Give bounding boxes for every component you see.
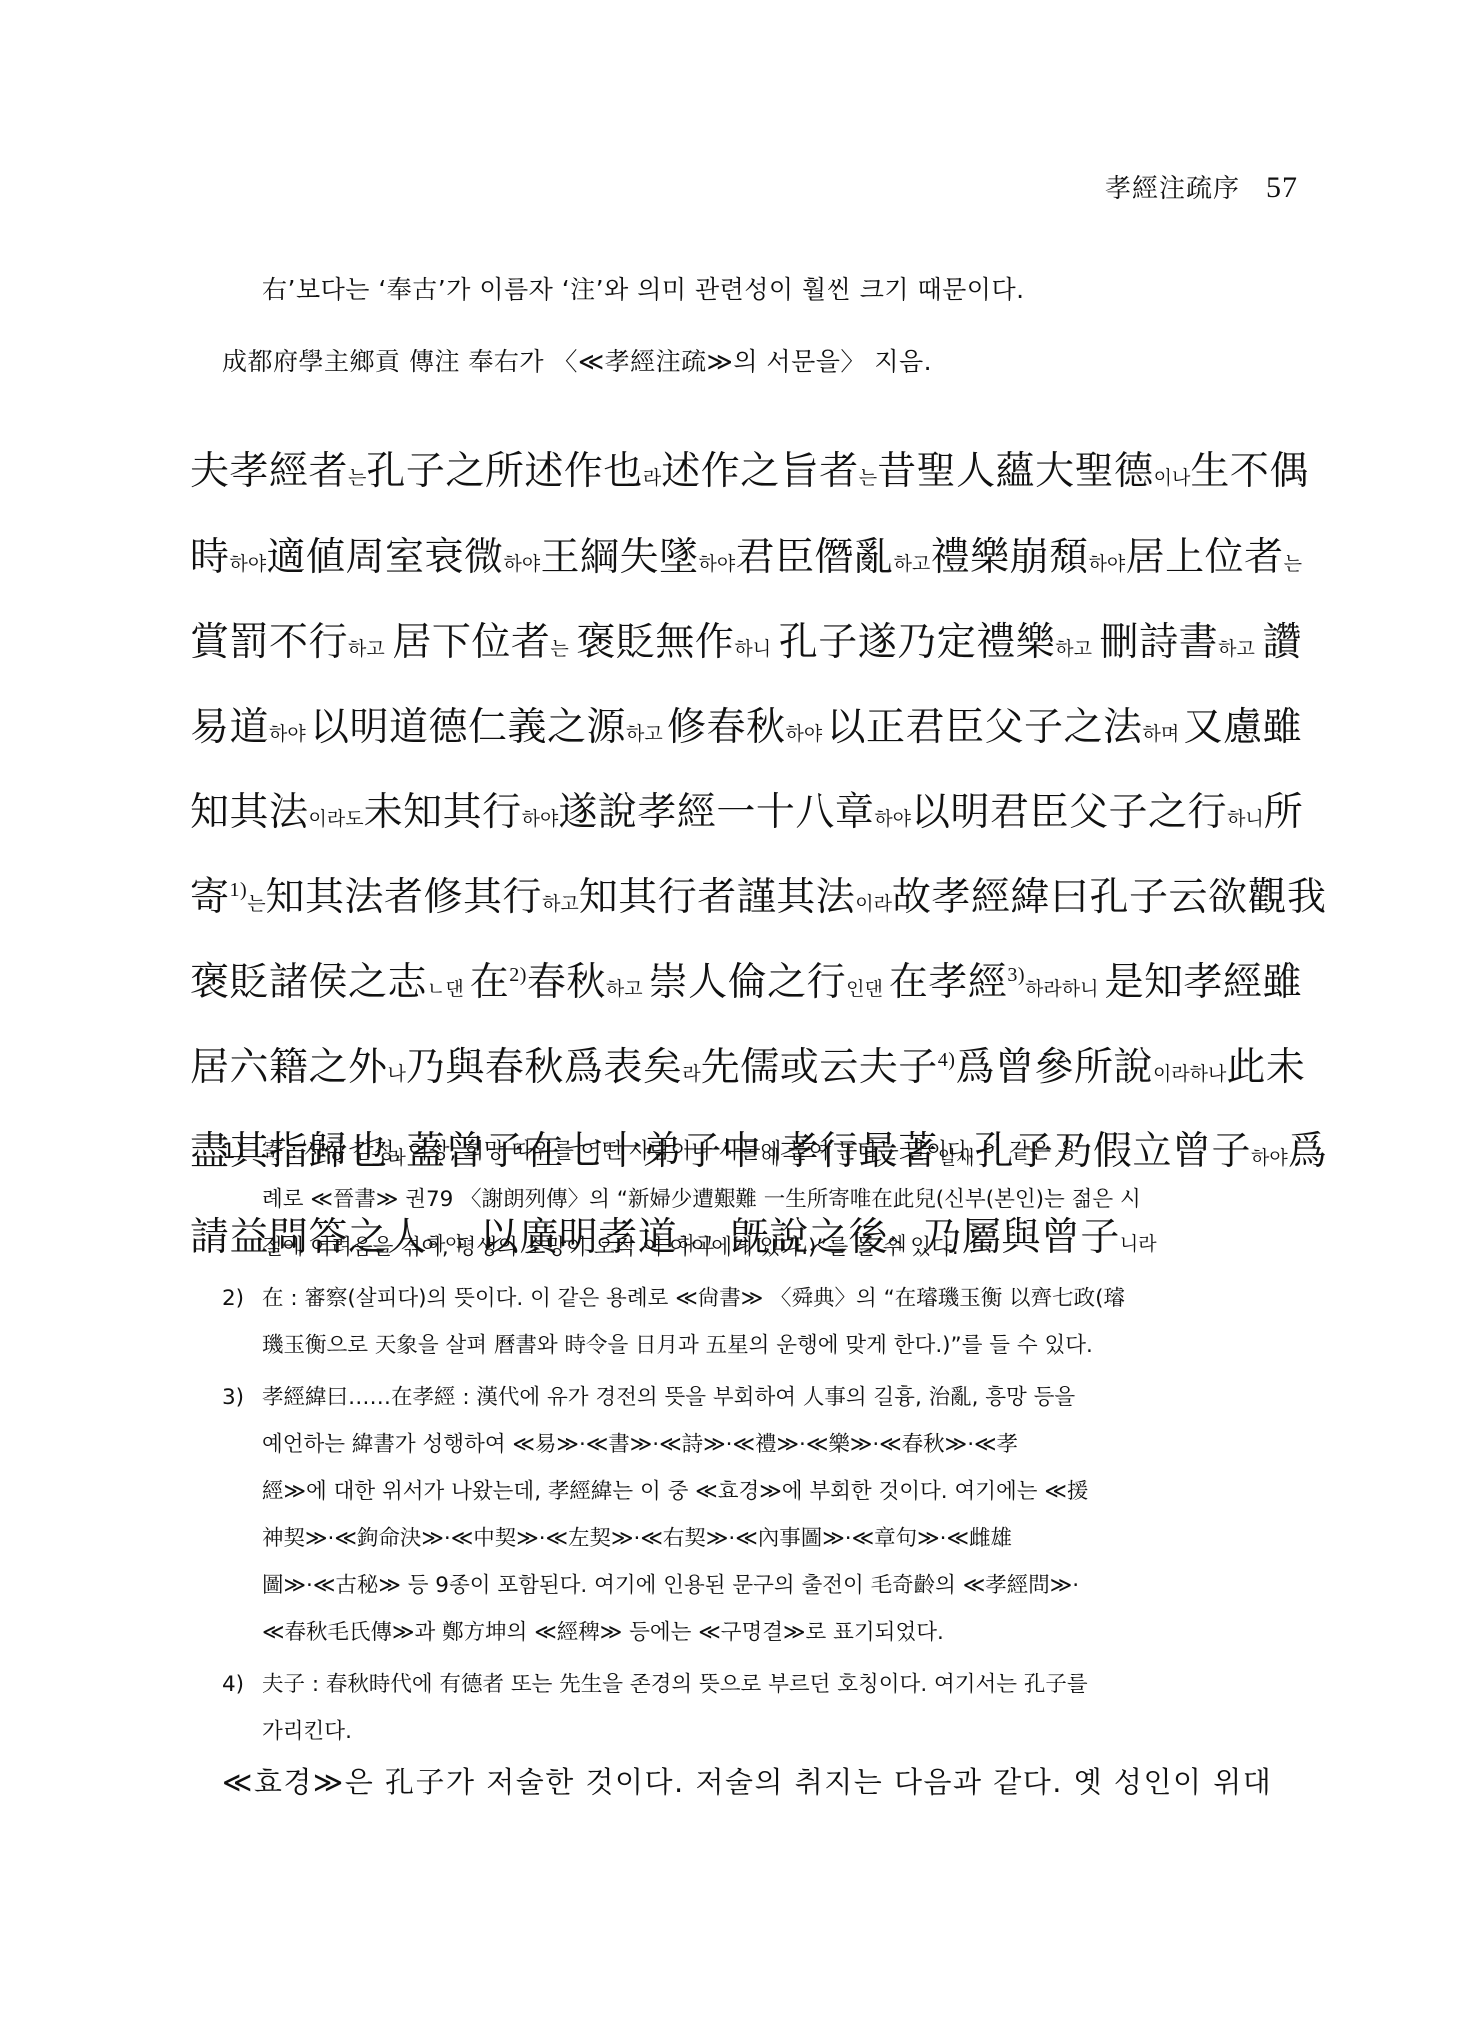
footnote-line: 1)寄 : 사상 감정, 이상, 희망 따위를 어떤 사람이나 사물에 붙여 둔… [222,1132,1078,1172]
hanja-text: 所 [1264,790,1304,835]
korean-particle: 나 [388,1063,406,1085]
korean-particle: 라 [643,467,661,489]
footnote-text: 례로 ≪晉書≫ 권79 〈謝朗列傳〉의 “新婦少遭艱難 一生所寄唯在此兒(신부(… [262,1187,1141,1212]
footnote-line: 圖≫·≪古秘≫ 등 9종이 포함된다. 여기에 인용된 문구의 출전이 毛奇齡의… [262,1566,1079,1606]
footnote-number: 2) [222,1279,262,1319]
korean-particle: 하고 [606,978,643,1000]
hanja-text: 昔聖人蘊大聖德 [877,449,1154,494]
footnote-text: 圖≫·≪古秘≫ 등 9종이 포함된다. 여기에 인용된 문구의 출전이 毛奇齡의… [262,1573,1079,1598]
korean-particle: 하고 [894,553,931,575]
hanja-text: 爲曾參所說 [955,1045,1153,1090]
hanja-text: 修春秋 [667,705,786,750]
korean-particle: 하야 [1251,1147,1288,1169]
hanja-text: 居六籍之外 [190,1045,388,1090]
hanja-text: 先儒或云 [701,1045,859,1090]
footnote-text: ≪春秋毛氏傳≫과 鄭方坤의 ≪經稗≫ 등에는 ≪구명결≫로 표기되었다. [262,1620,944,1645]
hanmun-line: 寄1)는知其法者修其行하고知其行者謹其法이라故孝經緯曰孔子云欲觀我 [190,868,1302,928]
footnote-line: 예언하는 緯書가 성행하여 ≪易≫·≪書≫·≪詩≫·≪禮≫·≪樂≫·≪春秋≫·≪… [262,1425,1018,1465]
hanja-text: 以正君臣父子之法 [826,705,1142,750]
hanmun-phrase: 夫孝經者는 [190,442,366,502]
korean-particle: 하야 [1089,553,1126,575]
hanmun-phrase: 讚 [1262,613,1302,673]
hanja-text: 禮樂崩頹 [931,535,1089,580]
hanmun-phrase: 易道하야 [190,698,306,758]
hanmun-phrase: 先儒或云 [701,1038,859,1098]
korean-particle: 하고 [1055,638,1092,660]
footnote-line: 4)夫子 : 春秋時代에 有德者 또는 先生을 존경의 뜻으로 부르던 호칭이다… [222,1665,1088,1705]
hanja-text: 故孝經緯曰 [892,875,1090,920]
korean-particle: 는 [550,638,568,660]
hanmun-phrase: 時하야 [190,528,266,588]
korean-particle: 는 [1284,553,1302,575]
translation-start-paragraph: ≪효경≫은 孔子가 저술한 것이다. 저술의 취지는 다음과 같다. 옛 성인이… [222,1760,1272,1801]
hanja-text: 在 [470,960,510,1005]
hanmun-phrase: 適値周室衰微하야 [267,528,541,588]
korean-particle: 이라 [855,893,892,915]
hanmun-phrase: 是知孝經雖 [1104,953,1302,1013]
footnote-text: 寄 : 사상 감정, 이상, 희망 따위를 어떤 사람이나 사물에 붙여 둔다는… [262,1139,1078,1164]
hanmun-line: 時하야適値周室衰微하야王綱失墜하야君臣僭亂하고禮樂崩頹하야居上位者는 [190,528,1302,588]
korean-particle: 하야 [874,808,911,830]
hanmun-phrase: 刪詩書하고 [1100,613,1255,673]
korean-particle: 하야 [785,723,822,745]
hanmun-phrase: 欲觀我 [1208,868,1327,928]
hanmun-phrase: 夫子4)爲曾參所說이라하나 [859,1038,1227,1098]
korean-particle: 니라 [1120,1233,1157,1255]
korean-particle: 하야 [230,553,267,575]
running-head: 孝經注疏序57 [1105,168,1298,205]
hanja-text: 孔子之所述作也 [366,449,643,494]
footnote-text: 孝經緯曰……在孝經 : 漢代에 유가 경전의 뜻을 부회하여 人事의 길흉, 治… [262,1385,1075,1410]
hanmun-phrase: 乃與春秋爲表矣라 [406,1038,701,1098]
korean-particle: 하고 [542,893,579,915]
hanmun-phrase: 君臣僭亂하고 [736,528,931,588]
hanmun-phrase: 生不偶 [1190,442,1309,502]
footnote-line: 3)孝經緯曰……在孝經 : 漢代에 유가 경전의 뜻을 부회하여 人事의 길흉,… [222,1378,1075,1418]
hanja-text: 春秋 [527,960,606,1005]
korean-particle: 하고 [1218,638,1255,660]
korean-particle: 이라하나 [1153,1063,1226,1085]
hanmun-line: 易道하야以明道德仁義之源하고修春秋하야以正君臣父子之法하며又慮雖 [190,698,1302,758]
hanmun-phrase: 昔聖人蘊大聖德이나 [877,442,1190,502]
hanmun-phrase: 知其法者修其行하고 [266,868,579,928]
footnote-text: 經≫에 대한 위서가 나왔는데, 孝經緯는 이 중 ≪효경≫에 부회한 것이다.… [262,1479,1088,1504]
hanja-text: 時 [190,535,230,580]
hanja-text: 以明道德仁義之源 [310,705,626,750]
korean-particle: 하야 [699,553,736,575]
korean-particle: 하야 [522,808,559,830]
hanja-text: 刪詩書 [1100,620,1219,665]
korean-particle: 하야 [504,553,541,575]
hanja-text: 易道 [190,705,269,750]
footnote-number: 4) [222,1665,262,1705]
footnote-text: 예언하는 緯書가 성행하여 ≪易≫·≪書≫·≪詩≫·≪禮≫·≪樂≫·≪春秋≫·≪… [262,1432,1018,1457]
hanja-text: 寄 [190,875,230,920]
korean-particle: 는 [247,893,265,915]
footnote-marker[interactable]: 2) [509,964,527,986]
hanmun-phrase: 在2)春秋하고 [470,953,643,1013]
footnote-number: 3) [222,1378,262,1418]
hanja-text: 乃與春秋爲表矣 [406,1045,683,1090]
hanja-text: 在孝經 [889,960,1008,1005]
korean-particle: 는 [348,467,366,489]
hanmun-line: 居六籍之外나乃與春秋爲表矣라先儒或云夫子4)爲曾參所說이라하나此未 [190,1038,1302,1098]
hanmun-phrase: 禮樂崩頹하야 [931,528,1126,588]
footnote-line: 2)在 : 審察(살피다)의 뜻이다. 이 같은 용례로 ≪尙書≫ 〈舜典〉의 … [222,1279,1125,1319]
footnote-line: 璣玉衡으로 天象을 살펴 曆書와 時令을 日月과 五星의 운행에 맞게 한다.)… [262,1326,1093,1366]
hanja-text: 孔子云 [1090,875,1209,920]
korean-particle: 인댄 [846,978,883,1000]
page-number: 57 [1266,171,1298,204]
korean-particle: 하며 [1142,723,1179,745]
footnote-line: 가리킨다. [262,1712,352,1752]
korean-particle: ㄴ댄 [427,978,464,1000]
hanmun-phrase: 孔子云 [1090,868,1209,928]
hanmun-line: 賞罰不行하고居下位者는褒貶無作하니孔子遂乃定禮樂하고刪詩書하고讚 [190,613,1302,673]
footnote-marker[interactable]: 3) [1007,964,1025,986]
hanmun-line: 知其法이라도未知其行하야遂說孝經一十八章하야以明君臣父子之行하니所 [190,783,1302,843]
hanmun-phrase: 所 [1264,783,1304,843]
footnote-line: 神契≫·≪鉤命決≫·≪中契≫·≪左契≫·≪右契≫·≪內事圖≫·≪章句≫·≪雌雄 [262,1519,1012,1559]
hanja-text: 孔子遂乃定禮樂 [779,620,1056,665]
korean-particle: 하니 [1227,808,1264,830]
hanmun-phrase: 王綱失墜하야 [541,528,736,588]
korean-particle: 라 [682,1063,700,1085]
footnote-marker[interactable]: 1) [230,879,248,901]
hanja-text: 此未 [1226,1045,1305,1090]
korean-particle: 이나 [1154,467,1191,489]
korean-particle: 하라하니 [1025,978,1098,1000]
hanja-text: 君臣僭亂 [736,535,894,580]
hanmun-phrase: 遂說孝經一十八章하야 [558,783,911,843]
hanja-text: 知其法者修其行 [266,875,543,920]
hanmun-phrase: 述作之旨者는 [661,442,877,502]
hanja-text: 夫孝經者 [190,449,348,494]
hanmun-phrase: 以明道德仁義之源하고 [310,698,663,758]
footnote-line: ≪春秋毛氏傳≫과 鄭方坤의 ≪經稗≫ 등에는 ≪구명결≫로 표기되었다. [262,1613,944,1653]
hanja-text: 王綱失墜 [541,535,699,580]
hanmun-phrase: 爲 [1288,1122,1328,1182]
hanmun-phrase: 在孝經3)하라하니 [889,953,1099,1013]
hanja-text: 知其行者謹其法 [579,875,856,920]
hanmun-line: 夫孝經者는孔子之所述作也라述作之旨者는昔聖人蘊大聖德이나生不偶 [190,442,1302,502]
hanmun-phrase: 寄1)는 [190,868,266,928]
hanmun-phrase: 未知其行하야 [364,783,559,843]
hanja-text: 是知孝經雖 [1104,960,1302,1005]
hanmun-phrase: 居上位者는 [1126,528,1302,588]
hanja-text: 褒貶無作 [576,620,734,665]
hanja-text: 居上位者 [1126,535,1284,580]
hanmun-phrase: 居下位者는 [392,613,568,673]
footnote-marker[interactable]: 4) [938,1049,956,1071]
intro-line-1: 右’보다는 ‘奉古’가 이름자 ‘注’와 의미 관련성이 훨씬 크기 때문이다. [262,270,1025,306]
hanja-text: 生不偶 [1190,449,1309,494]
footnote-text: 절에 어려움을 겪어, 평생의 소망이 오직 이 아이에게 있다.)”를 들 수… [262,1235,959,1260]
hanja-text: 知其法 [190,790,309,835]
footnote-line: 經≫에 대한 위서가 나왔는데, 孝經緯는 이 중 ≪효경≫에 부회한 것이다.… [262,1472,1088,1512]
hanmun-phrase: 孔子之所述作也라 [366,442,661,502]
hanja-text: 未知其行 [364,790,522,835]
hanja-text: 褒貶諸侯之志 [190,960,427,1005]
hanmun-phrase: 又慮雖 [1183,698,1302,758]
korean-particle: 하니 [734,638,771,660]
hanja-text: 夫子 [859,1045,938,1090]
hanmun-phrase: 以正君臣父子之法하며 [826,698,1179,758]
hanja-text: 適値周室衰微 [267,535,504,580]
korean-particle: 이라도 [309,808,364,830]
hanja-text: 以明君臣父子之行 [911,790,1227,835]
korean-particle: 하고 [348,638,385,660]
hanmun-phrase: 知其法이라도 [190,783,364,843]
footnote-number: 1) [222,1132,262,1172]
hanja-text: 爲 [1288,1129,1328,1174]
korean-particle: 하야 [269,723,306,745]
hanmun-phrase: 崇人倫之行인댄 [649,953,883,1013]
hanja-text: 又慮雖 [1183,705,1302,750]
korean-particle: 하고 [626,723,663,745]
hanmun-line: 褒貶諸侯之志ㄴ댄在2)春秋하고崇人倫之行인댄在孝經3)하라하니是知孝經雖 [190,953,1302,1013]
intro-line-2: 成都府學主鄉貢 傳注 奉右가 〈≪孝經注疏≫의 서문을〉 지음. [222,342,932,378]
hanmun-phrase: 知其行者謹其法이라 [579,868,892,928]
footnote-text: 神契≫·≪鉤命決≫·≪中契≫·≪左契≫·≪右契≫·≪內事圖≫·≪章句≫·≪雌雄 [262,1526,1012,1551]
hanmun-phrase: 孔子遂乃定禮樂하고 [779,613,1092,673]
running-head-title: 孝經注疏序 [1105,174,1240,204]
hanmun-phrase: 修春秋하야 [667,698,822,758]
hanmun-phrase: 褒貶無作하니 [576,613,771,673]
footnote-text: 가리킨다. [262,1719,352,1744]
footnote-line: 절에 어려움을 겪어, 평생의 소망이 오직 이 아이에게 있다.)”를 들 수… [262,1228,959,1268]
hanja-text: 崇人倫之行 [649,960,847,1005]
hanja-text: 遂說孝經一十八章 [558,790,874,835]
hanja-text: 欲觀我 [1208,875,1327,920]
hanmun-phrase: 以明君臣父子之行하니 [911,783,1264,843]
hanmun-phrase: 賞罰不行하고 [190,613,385,673]
footnote-text: 夫子 : 春秋時代에 有德者 또는 先生을 존경의 뜻으로 부르던 호칭이다. … [262,1672,1088,1697]
hanja-text: 居下位者 [392,620,550,665]
footnote-text: 在 : 審察(살피다)의 뜻이다. 이 같은 용례로 ≪尙書≫ 〈舜典〉의 “在… [262,1286,1125,1311]
korean-particle: 는 [859,467,877,489]
hanmun-phrase: 此未 [1226,1038,1305,1098]
footnote-line: 례로 ≪晉書≫ 권79 〈謝朗列傳〉의 “新婦少遭艱難 一生所寄唯在此兒(신부(… [262,1180,1141,1220]
hanja-text: 述作之旨者 [661,449,859,494]
hanmun-phrase: 褒貶諸侯之志ㄴ댄 [190,953,464,1013]
hanja-text: 賞罰不行 [190,620,348,665]
hanmun-phrase: 故孝經緯曰 [892,868,1090,928]
hanmun-phrase: 居六籍之外나 [190,1038,406,1098]
hanja-text: 讚 [1262,620,1302,665]
footnote-text: 璣玉衡으로 天象을 살펴 曆書와 時令을 日月과 五星의 운행에 맞게 한다.)… [262,1333,1093,1358]
